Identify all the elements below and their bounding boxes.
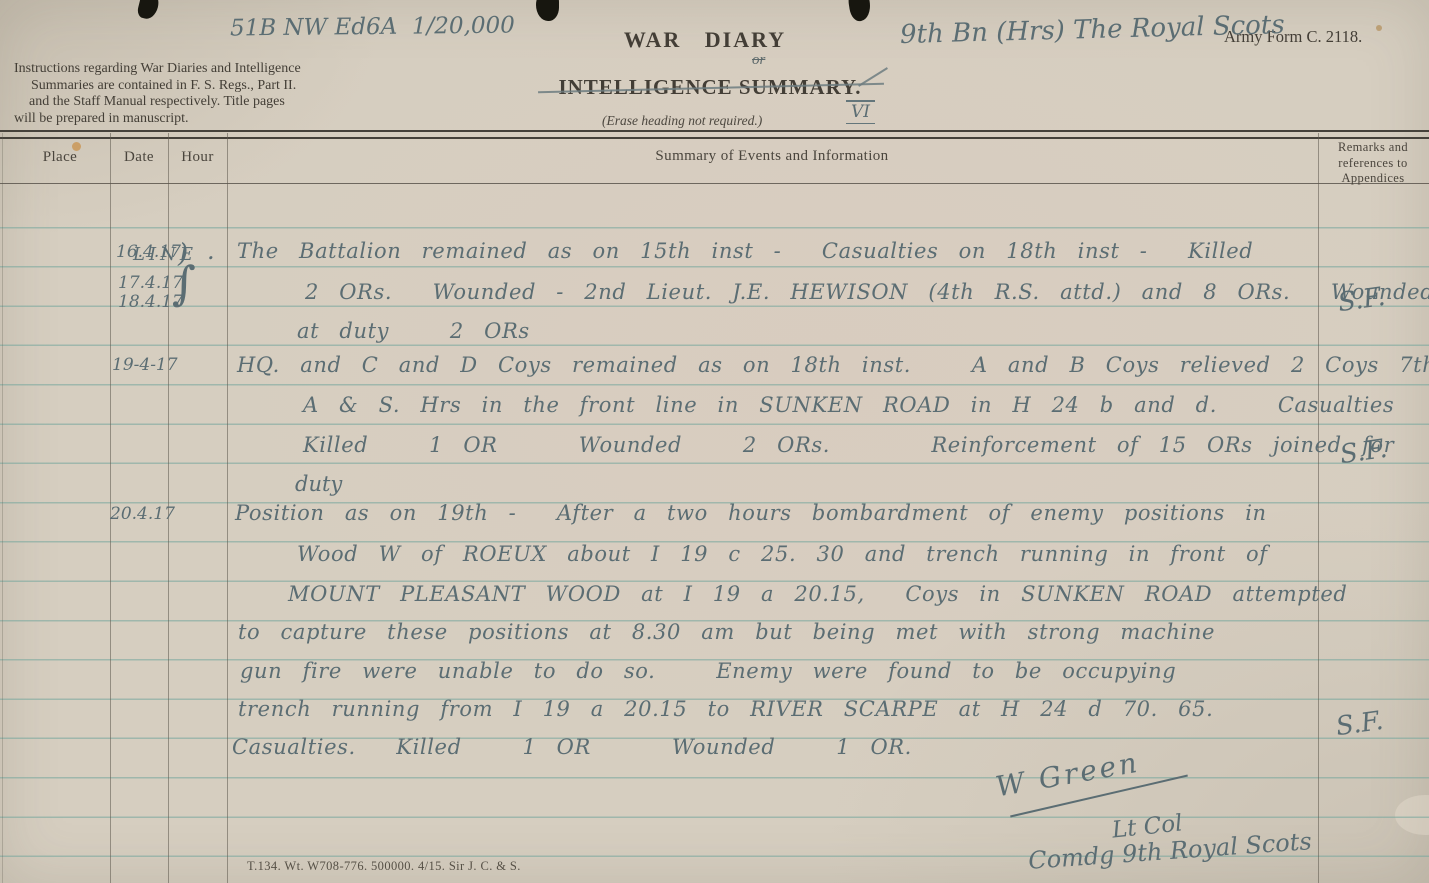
table-header-date: Date [112,149,166,166]
entry-date: 19-4-17 [112,356,178,375]
diary-line: Position as on 19th - After a two hours … [235,502,1267,525]
war-diary-title: WAR DIARY [560,27,850,53]
diary-line: Casualties. Killed 1 OR Wounded 1 OR. [232,736,912,759]
header-bottom-rule [0,183,1429,184]
table-header-summary: Summary of Events and Information [527,148,1017,165]
instructions-line: will be prepared in manuscript. [14,111,386,128]
erase-heading-note: (Erase heading not required.) [602,113,762,129]
binding-mark [136,0,161,21]
header-top-rule [0,130,1429,139]
binding-mark [536,0,559,21]
column-divider [1318,133,1319,883]
or-label: or [752,52,765,69]
diary-line: gun fire were unable to do so. Enemy wer… [240,660,1176,683]
war-diary-scan: Instructions regarding War Diaries and I… [0,0,1429,883]
hour-mark: . [207,238,215,264]
column-divider [2,133,3,883]
table-header-place: Place [28,149,92,166]
diary-line: 2 ORs. Wounded - 2nd Lieut. J.E. HEWISON… [305,281,1429,304]
table-header-remarks: Remarks and references to Appendices [1321,140,1425,187]
remark-initials: S.F. [1334,707,1385,742]
diary-line: duty [295,473,342,496]
instructions-line: Summaries are contained in F. S. Regs., … [14,78,386,95]
date-bracket: ∫ [172,258,196,309]
diary-line: The Battalion remained as on 15th inst -… [237,240,1253,263]
binding-mark [847,0,873,22]
diary-line: Killed 1 OR Wounded 2 ORs. Reinforcement… [303,434,1394,457]
column-divider [227,133,228,883]
remark-initials: S.F. [1336,283,1387,318]
diary-line: trench running from I 19 a 20.15 to RIVE… [238,698,1213,721]
sheet-number-annotation: VI [846,100,875,124]
instructions-note: Instructions regarding War Diaries and I… [14,61,386,127]
instructions-line: Instructions regarding War Diaries and I… [14,61,386,78]
diary-line: HQ. and C and D Coys remained as on 18th… [237,354,1429,377]
remark-initials: S.F. [1338,435,1389,470]
table-header-hour: Hour [170,149,225,166]
map-reference-annotation: 51B NW Ed6A 1/20,000 [230,14,515,42]
diary-line: at duty 2 ORs [297,320,530,343]
diary-line: to capture these positions at 8.30 am bu… [238,621,1215,644]
diary-line: Wood W of ROEUX about I 19 c 25. 30 and … [297,543,1268,566]
diary-line: MOUNT PLEASANT WOOD at I 19 a 20.15, Coy… [288,583,1347,606]
entry-date: 20.4.17 [110,505,175,524]
print-imprint: T.134. Wt. W708-776. 500000. 4/15. Sir J… [247,859,521,874]
stain [1376,25,1382,31]
instructions-line: and the Staff Manual respectively. Title… [14,94,386,111]
diary-line: A & S. Hrs in the front line in SUNKEN R… [303,394,1394,417]
